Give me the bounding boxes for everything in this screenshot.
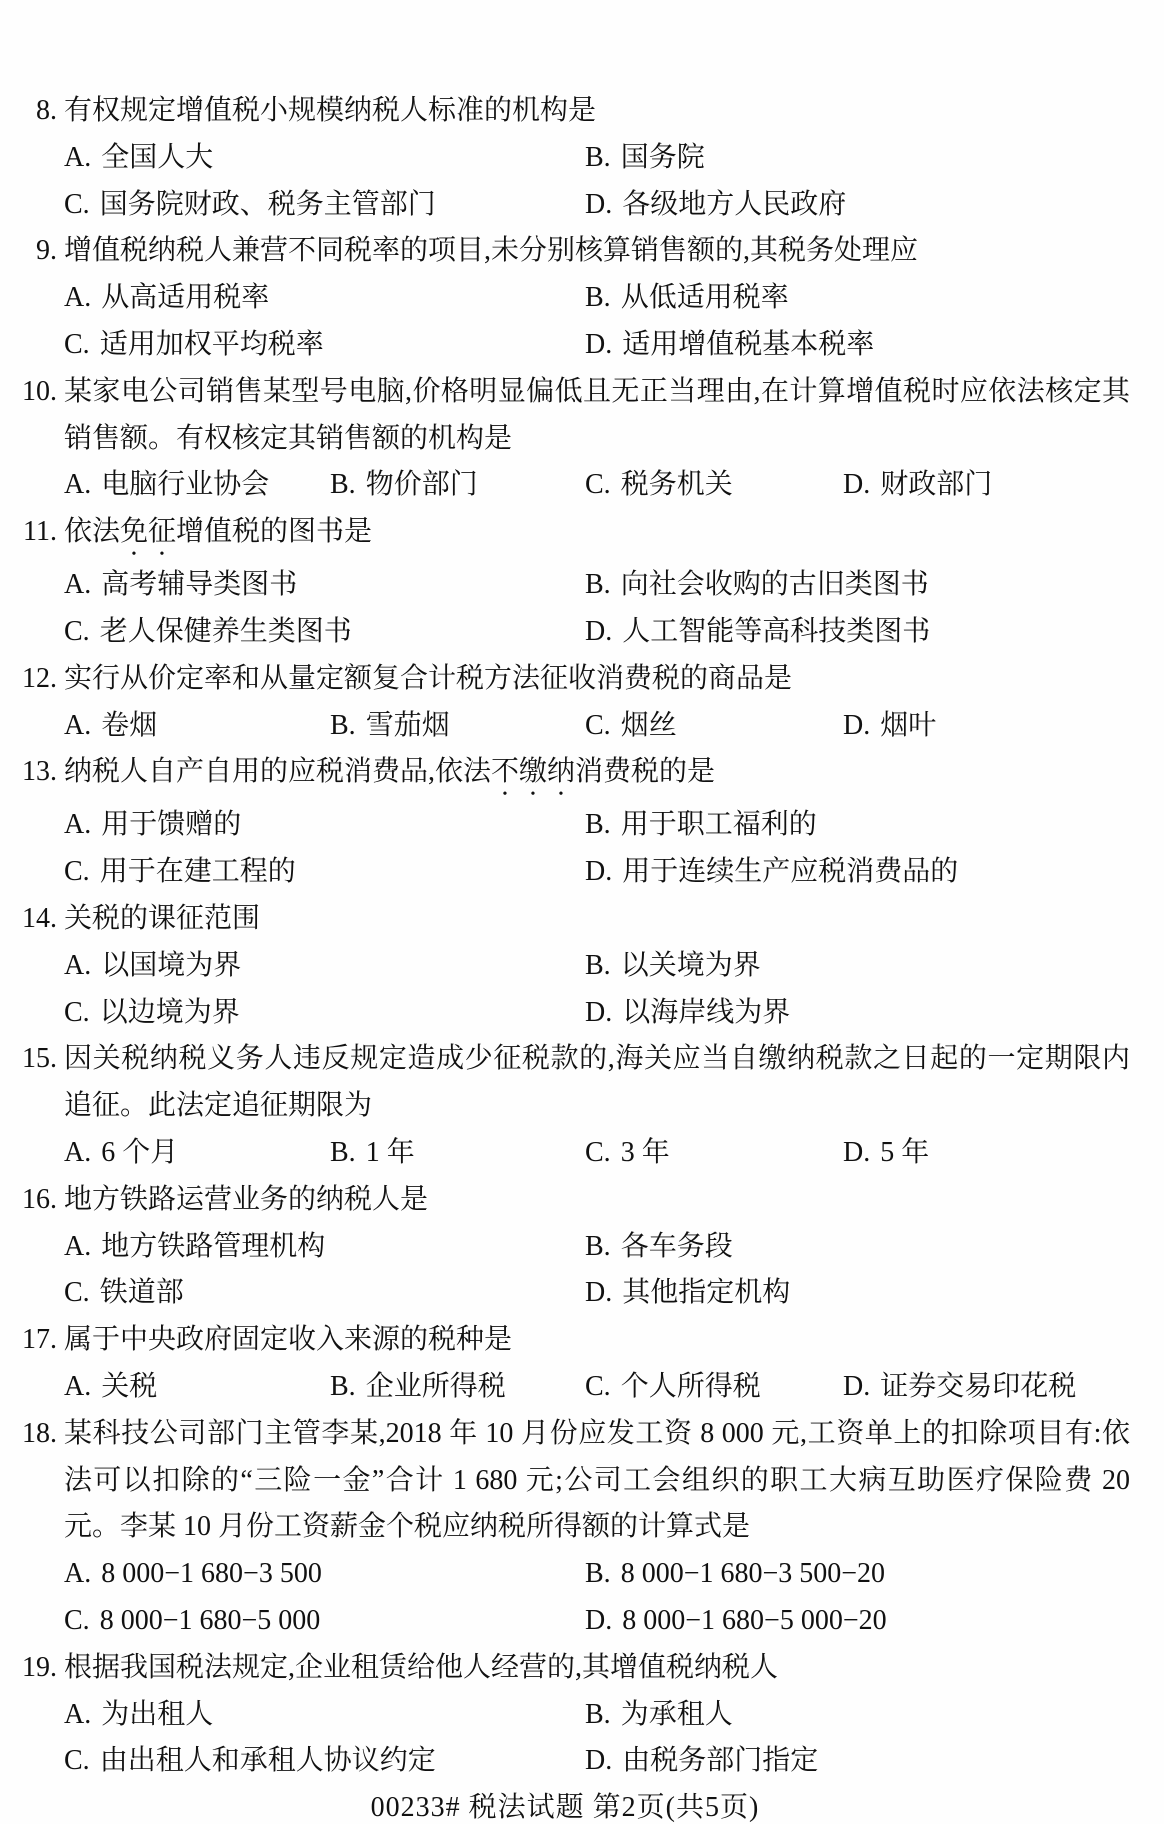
option-text: 适用增值税基本税率 — [622, 329, 874, 360]
option-a: A.关税 — [64, 1364, 330, 1411]
exam-sheet: 8.有权规定增值税小规模纳税人标准的机构是A.全国人大B.国务院C.国务院财政、… — [0, 0, 1164, 1824]
option-label: D. — [585, 189, 612, 220]
option-label: D. — [843, 469, 870, 500]
option-label: B. — [585, 282, 611, 313]
question-stem: 10.某家电公司销售某型号电脑,价格明显偏低且无正当理由,在计算增值税时应依法核… — [64, 369, 1130, 463]
option-text: 由税务部门指定 — [622, 1745, 818, 1776]
option-a: A.电脑行业协会 — [64, 462, 330, 509]
option-text: 各车务段 — [621, 1231, 733, 1262]
option-label: B. — [585, 569, 611, 600]
question-stem-text: 依法免征增值税的图书是 — [64, 509, 1130, 562]
option-text: 由出租人和承租人协议约定 — [100, 1745, 436, 1776]
option-text: 关税 — [101, 1371, 157, 1402]
option-text: 各级地方人民政府 — [622, 189, 846, 220]
option-label: A. — [64, 142, 91, 173]
option-c: C.国务院财政、税务主管部门 — [64, 182, 585, 229]
option-grid: A.为出租人B.为承租人C.由出租人和承租人协议约定D.由税务部门指定 — [64, 1692, 1130, 1786]
option-label: C. — [64, 616, 90, 647]
option-label: D. — [843, 1137, 870, 1168]
option-d: D.人工智能等高科技类图书 — [585, 609, 1130, 656]
option-text: 个人所得税 — [621, 1371, 761, 1402]
question-stem: 11.依法免征增值税的图书是 — [64, 509, 1130, 562]
option-text: 适用加权平均税率 — [100, 329, 324, 360]
option-label: B. — [330, 1371, 356, 1402]
question-stem-text: 因关税纳税义务人违反规定造成少征税款的,海关应当自缴纳税款之日起的一定期限内追征… — [64, 1036, 1130, 1130]
stem-segment: 消费税的是 — [575, 756, 715, 787]
question-stem: 8.有权规定增值税小规模纳税人标准的机构是 — [64, 88, 1130, 135]
option-text: 从高适用税率 — [101, 282, 269, 313]
option-label: D. — [585, 1605, 612, 1636]
question-list: 8.有权规定增值税小规模纳税人标准的机构是A.全国人大B.国务院C.国务院财政、… — [0, 88, 1130, 1785]
page-footer: 00233# 税法试题 第2页(共5页) — [0, 1785, 1130, 1824]
option-label: D. — [585, 1277, 612, 1308]
question-number: 11. — [0, 509, 57, 556]
option-text: 烟叶 — [880, 710, 936, 741]
question-stem-text: 根据我国税法规定,企业租赁给他人经营的,其增值税纳税人 — [64, 1645, 1130, 1692]
option-label: B. — [585, 950, 611, 981]
option-c: C.8 000−1 680−5 000 — [64, 1598, 585, 1645]
option-a: A.以国境为界 — [64, 943, 585, 990]
option-grid: A.关税B.企业所得税C.个人所得税D.证券交易印花税 — [64, 1364, 1130, 1411]
question-stem-text: 属于中央政府固定收入来源的税种是 — [64, 1317, 1130, 1364]
option-grid: A.高考辅导类图书B.向社会收购的古旧类图书C.老人保健养生类图书D.人工智能等… — [64, 562, 1130, 656]
option-text: 卷烟 — [101, 710, 157, 741]
option-d: D.适用增值税基本税率 — [585, 322, 1130, 369]
question-item: 8.有权规定增值税小规模纳税人标准的机构是A.全国人大B.国务院C.国务院财政、… — [0, 88, 1130, 228]
option-a: A.6 个月 — [64, 1130, 330, 1177]
question-number: 8. — [0, 88, 57, 135]
question-number: 14. — [0, 896, 57, 943]
question-item: 12.实行从价定率和从量定额复合计税方法征收消费税的商品是A.卷烟B.雪茄烟C.… — [0, 656, 1130, 750]
question-item: 18.某科技公司部门主管李某,2018 年 10 月份应发工资 8 000 元,… — [0, 1411, 1130, 1645]
option-b: B.国务院 — [585, 135, 1130, 182]
option-c: C.个人所得税 — [585, 1364, 843, 1411]
option-label: D. — [843, 1371, 870, 1402]
option-text: 8 000−1 680−5 000 — [100, 1605, 321, 1636]
option-label: A. — [64, 469, 91, 500]
option-b: B.从低适用税率 — [585, 275, 1130, 322]
question-stem: 16.地方铁路运营业务的纳税人是 — [64, 1177, 1130, 1224]
question-stem-text: 纳税人自产自用的应税消费品,依法不缴纳消费税的是 — [64, 749, 1130, 802]
question-item: 10.某家电公司销售某型号电脑,价格明显偏低且无正当理由,在计算增值税时应依法核… — [0, 369, 1130, 509]
option-c: C.用于在建工程的 — [64, 849, 585, 896]
option-label: C. — [64, 189, 90, 220]
option-d: D.各级地方人民政府 — [585, 182, 1130, 229]
option-label: B. — [330, 1137, 356, 1168]
option-c: C.烟丝 — [585, 703, 843, 750]
option-label: A. — [64, 950, 91, 981]
option-c: C.老人保健养生类图书 — [64, 609, 585, 656]
option-text: 用于职工福利的 — [621, 809, 817, 840]
option-grid: A.8 000−1 680−3 500B.8 000−1 680−3 500−2… — [64, 1551, 1130, 1645]
question-item: 16.地方铁路运营业务的纳税人是A.地方铁路管理机构B.各车务段C.铁道部D.其… — [0, 1177, 1130, 1317]
question-number: 9. — [0, 228, 57, 275]
option-text: 物价部门 — [366, 469, 478, 500]
option-b: B.企业所得税 — [330, 1364, 585, 1411]
footer-text: 00233# 税法试题 第2页(共5页) — [371, 1792, 760, 1823]
option-text: 1 年 — [366, 1137, 415, 1168]
stem-segment: 纳税人自产自用的应税消费品,依法 — [64, 756, 491, 787]
option-text: 用于馈赠的 — [101, 809, 241, 840]
option-b: B.以关境为界 — [585, 943, 1130, 990]
question-stem: 18.某科技公司部门主管李某,2018 年 10 月份应发工资 8 000 元,… — [64, 1411, 1130, 1551]
option-a: A.高考辅导类图书 — [64, 562, 585, 609]
option-grid: A.地方铁路管理机构B.各车务段C.铁道部D.其他指定机构 — [64, 1224, 1130, 1318]
option-grid: A.用于馈赠的B.用于职工福利的C.用于在建工程的D.用于连续生产应税消费品的 — [64, 802, 1130, 896]
option-text: 烟丝 — [621, 710, 677, 741]
stem-segment: 增值税纳税人兼营不同税率的项目,未分别核算销售额的,其税务处理应 — [64, 235, 918, 266]
question-stem-text: 有权规定增值税小规模纳税人标准的机构是 — [64, 88, 1130, 135]
question-stem: 17.属于中央政府固定收入来源的税种是 — [64, 1317, 1130, 1364]
option-b: B.8 000−1 680−3 500−20 — [585, 1551, 1130, 1598]
emphasized-text: 免征 — [120, 516, 176, 547]
option-text: 为出租人 — [101, 1699, 213, 1730]
option-text: 高考辅导类图书 — [101, 569, 297, 600]
option-b: B.1 年 — [330, 1130, 585, 1177]
option-label: C. — [64, 856, 90, 887]
option-c: C.由出租人和承租人协议约定 — [64, 1738, 585, 1785]
option-label: C. — [64, 1605, 90, 1636]
option-grid: A.6 个月B.1 年C.3 年D.5 年 — [64, 1130, 1130, 1177]
option-d: D.烟叶 — [843, 703, 1130, 750]
question-number: 19. — [0, 1645, 57, 1692]
question-stem: 19.根据我国税法规定,企业租赁给他人经营的,其增值税纳税人 — [64, 1645, 1130, 1692]
option-grid: A.以国境为界B.以关境为界C.以边境为界D.以海岸线为界 — [64, 943, 1130, 1037]
option-label: B. — [330, 710, 356, 741]
option-text: 企业所得税 — [366, 1371, 506, 1402]
question-item: 11.依法免征增值税的图书是A.高考辅导类图书B.向社会收购的古旧类图书C.老人… — [0, 509, 1130, 656]
question-item: 15.因关税纳税义务人违反规定造成少征税款的,海关应当自缴纳税款之日起的一定期限… — [0, 1036, 1130, 1176]
option-text: 雪茄烟 — [366, 710, 450, 741]
option-d: D.其他指定机构 — [585, 1270, 1130, 1317]
question-stem-text: 关税的课征范围 — [64, 896, 1130, 943]
question-stem-text: 实行从价定率和从量定额复合计税方法征收消费税的商品是 — [64, 656, 1130, 703]
option-text: 8 000−1 680−3 500 — [101, 1558, 322, 1589]
stem-segment: 有权规定增值税小规模纳税人标准的机构是 — [64, 95, 596, 126]
option-label: D. — [585, 1745, 612, 1776]
option-label: D. — [585, 329, 612, 360]
option-text: 5 年 — [880, 1137, 929, 1168]
option-a: A.8 000−1 680−3 500 — [64, 1551, 585, 1598]
stem-segment: 属于中央政府固定收入来源的税种是 — [64, 1324, 512, 1355]
option-c: C.适用加权平均税率 — [64, 322, 585, 369]
option-b: B.物价部门 — [330, 462, 585, 509]
option-a: A.全国人大 — [64, 135, 585, 182]
option-text: 以边境为界 — [100, 997, 240, 1028]
stem-segment: 根据我国税法规定,企业租赁给他人经营的,其增值税纳税人 — [64, 1652, 778, 1683]
option-text: 用于连续生产应税消费品的 — [622, 856, 958, 887]
option-label: A. — [64, 1699, 91, 1730]
option-c: C.铁道部 — [64, 1270, 585, 1317]
option-text: 证券交易印花税 — [880, 1371, 1076, 1402]
stem-segment: 关税的课征范围 — [64, 903, 260, 934]
option-label: A. — [64, 282, 91, 313]
option-text: 向社会收购的古旧类图书 — [621, 569, 929, 600]
option-label: A. — [64, 809, 91, 840]
stem-segment: 因关税纳税义务人违反规定造成少征税款的,海关应当自缴纳税款之日起的一定期限内追征… — [64, 1043, 1130, 1121]
question-item: 9.增值税纳税人兼营不同税率的项目,未分别核算销售额的,其税务处理应A.从高适用… — [0, 228, 1130, 368]
option-b: B.用于职工福利的 — [585, 802, 1130, 849]
option-label: D. — [585, 616, 612, 647]
option-d: D.用于连续生产应税消费品的 — [585, 849, 1130, 896]
option-label: B. — [585, 809, 611, 840]
question-stem: 15.因关税纳税义务人违反规定造成少征税款的,海关应当自缴纳税款之日起的一定期限… — [64, 1036, 1130, 1130]
option-label: C. — [585, 1371, 611, 1402]
option-text: 老人保健养生类图书 — [100, 616, 352, 647]
option-c: C.3 年 — [585, 1130, 843, 1177]
question-stem-text: 某科技公司部门主管李某,2018 年 10 月份应发工资 8 000 元,工资单… — [64, 1411, 1130, 1551]
option-label: B. — [585, 1558, 611, 1589]
option-text: 税务机关 — [621, 469, 733, 500]
option-label: D. — [843, 710, 870, 741]
question-stem: 12.实行从价定率和从量定额复合计税方法征收消费税的商品是 — [64, 656, 1130, 703]
option-label: A. — [64, 1231, 91, 1262]
option-a: A.用于馈赠的 — [64, 802, 585, 849]
question-item: 14.关税的课征范围A.以国境为界B.以关境为界C.以边境为界D.以海岸线为界 — [0, 896, 1130, 1036]
question-number: 15. — [0, 1036, 57, 1083]
option-label: A. — [64, 1137, 91, 1168]
option-label: B. — [330, 469, 356, 500]
option-label: C. — [585, 469, 611, 500]
question-number: 12. — [0, 656, 57, 703]
stem-segment: 地方铁路运营业务的纳税人是 — [64, 1184, 428, 1215]
option-label: C. — [64, 329, 90, 360]
stem-segment: 某家电公司销售某型号电脑,价格明显偏低且无正当理由,在计算增值税时应依法核定其销… — [64, 376, 1130, 454]
option-b: B.雪茄烟 — [330, 703, 585, 750]
question-item: 19.根据我国税法规定,企业租赁给他人经营的,其增值税纳税人A.为出租人B.为承… — [0, 1645, 1130, 1785]
option-label: A. — [64, 1371, 91, 1402]
option-a: A.卷烟 — [64, 703, 330, 750]
option-text: 3 年 — [621, 1137, 670, 1168]
option-c: C.税务机关 — [585, 462, 843, 509]
question-number: 16. — [0, 1177, 57, 1224]
option-label: B. — [585, 142, 611, 173]
option-d: D.5 年 — [843, 1130, 1130, 1177]
option-text: 8 000−1 680−5 000−20 — [622, 1605, 886, 1636]
option-d: D.证券交易印花税 — [843, 1364, 1130, 1411]
option-text: 6 个月 — [101, 1137, 178, 1168]
option-text: 电脑行业协会 — [101, 469, 269, 500]
option-label: B. — [585, 1231, 611, 1262]
option-text: 人工智能等高科技类图书 — [622, 616, 930, 647]
option-text: 铁道部 — [100, 1277, 184, 1308]
option-b: B.各车务段 — [585, 1224, 1130, 1271]
option-d: D.以海岸线为界 — [585, 990, 1130, 1037]
option-d: D.8 000−1 680−5 000−20 — [585, 1598, 1130, 1645]
option-text: 8 000−1 680−3 500−20 — [621, 1558, 885, 1589]
option-label: B. — [585, 1699, 611, 1730]
option-label: D. — [585, 856, 612, 887]
option-label: A. — [64, 1558, 91, 1589]
stem-segment: 某科技公司部门主管李某,2018 年 10 月份应发工资 8 000 元,工资单… — [64, 1418, 1130, 1543]
question-item: 13.纳税人自产自用的应税消费品,依法不缴纳消费税的是A.用于馈赠的B.用于职工… — [0, 749, 1130, 896]
question-stem-text: 某家电公司销售某型号电脑,价格明显偏低且无正当理由,在计算增值税时应依法核定其销… — [64, 369, 1130, 463]
option-d: D.由税务部门指定 — [585, 1738, 1130, 1785]
option-b: B.为承租人 — [585, 1692, 1130, 1739]
option-label: D. — [585, 997, 612, 1028]
question-stem: 13.纳税人自产自用的应税消费品,依法不缴纳消费税的是 — [64, 749, 1130, 802]
question-stem: 14.关税的课征范围 — [64, 896, 1130, 943]
option-c: C.以边境为界 — [64, 990, 585, 1037]
stem-segment: 依法 — [64, 516, 120, 547]
question-number: 10. — [0, 369, 57, 416]
option-b: B.向社会收购的古旧类图书 — [585, 562, 1130, 609]
option-a: A.从高适用税率 — [64, 275, 585, 322]
option-text: 为承租人 — [621, 1699, 733, 1730]
stem-segment: 实行从价定率和从量定额复合计税方法征收消费税的商品是 — [64, 663, 792, 694]
question-number: 18. — [0, 1411, 57, 1458]
option-grid: A.全国人大B.国务院C.国务院财政、税务主管部门D.各级地方人民政府 — [64, 135, 1130, 229]
option-text: 以关境为界 — [621, 950, 761, 981]
question-stem-text: 增值税纳税人兼营不同税率的项目,未分别核算销售额的,其税务处理应 — [64, 228, 1130, 275]
option-grid: A.从高适用税率B.从低适用税率C.适用加权平均税率D.适用增值税基本税率 — [64, 275, 1130, 369]
option-text: 地方铁路管理机构 — [101, 1231, 325, 1262]
option-text: 其他指定机构 — [622, 1277, 790, 1308]
option-text: 全国人大 — [101, 142, 213, 173]
option-text: 国务院财政、税务主管部门 — [100, 189, 436, 220]
emphasized-text: 不缴纳 — [491, 756, 575, 787]
option-label: C. — [64, 1277, 90, 1308]
option-label: C. — [585, 710, 611, 741]
option-label: A. — [64, 569, 91, 600]
option-label: C. — [64, 997, 90, 1028]
option-text: 国务院 — [621, 142, 705, 173]
option-text: 以国境为界 — [101, 950, 241, 981]
option-label: A. — [64, 710, 91, 741]
option-d: D.财政部门 — [843, 462, 1130, 509]
question-item: 17.属于中央政府固定收入来源的税种是A.关税B.企业所得税C.个人所得税D.证… — [0, 1317, 1130, 1411]
option-text: 用于在建工程的 — [100, 856, 296, 887]
option-label: C. — [64, 1745, 90, 1776]
option-a: A.地方铁路管理机构 — [64, 1224, 585, 1271]
option-grid: A.电脑行业协会B.物价部门C.税务机关D.财政部门 — [64, 462, 1130, 509]
option-label: C. — [585, 1137, 611, 1168]
question-number: 13. — [0, 749, 57, 796]
stem-segment: 增值税的图书是 — [176, 516, 372, 547]
question-stem-text: 地方铁路运营业务的纳税人是 — [64, 1177, 1130, 1224]
option-text: 财政部门 — [880, 469, 992, 500]
option-text: 从低适用税率 — [621, 282, 789, 313]
option-grid: A.卷烟B.雪茄烟C.烟丝D.烟叶 — [64, 703, 1130, 750]
question-number: 17. — [0, 1317, 57, 1364]
question-stem: 9.增值税纳税人兼营不同税率的项目,未分别核算销售额的,其税务处理应 — [64, 228, 1130, 275]
option-text: 以海岸线为界 — [622, 997, 790, 1028]
option-a: A.为出租人 — [64, 1692, 585, 1739]
